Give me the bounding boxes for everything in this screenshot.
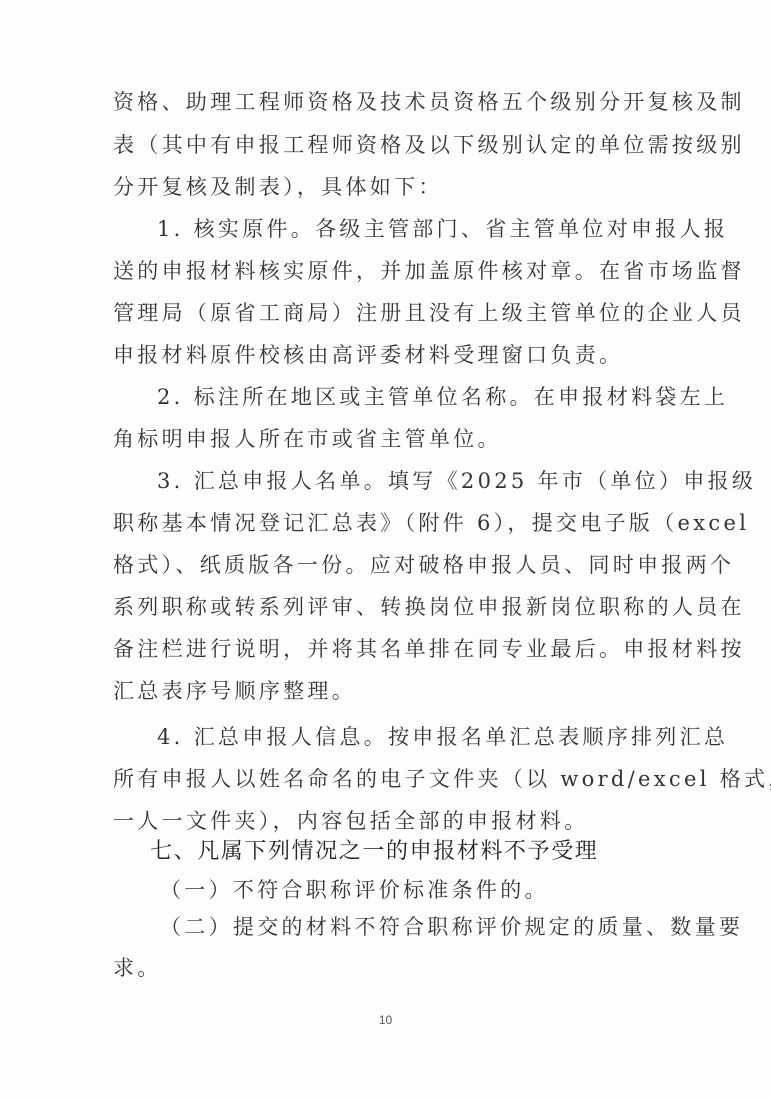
paragraph-line: 分开复核及制表），具体如下： (113, 173, 661, 201)
paragraph-line: 一人一文件夹），内容包括全部的申报材料。 (113, 807, 661, 835)
list-item-4-line: 4. 汇总申报人信息。按申报名单汇总表顺序排列汇总 (157, 723, 705, 751)
paragraph-line: 资格、助理工程师资格及技术员资格五个级别分开复核及制 (113, 88, 661, 116)
section-item-2: （二）提交的材料不符合职称评价规定的质量、数量要 (160, 913, 708, 941)
paragraph-line: 备注栏进行说明，并将其名单排在同专业最后。申报材料按 (113, 635, 661, 663)
paragraph-line: 送的申报材料核实原件，并加盖原件核对章。在省市场监督 (113, 257, 661, 285)
paragraph-line: 所有申报人以姓名命名的电子文件夹（以 word/excel 格式， (113, 765, 661, 793)
page-number: 10 (0, 1013, 771, 1027)
list-item-3-line: 3. 汇总申报人名单。填写《2025 年市（单位）申报级 (157, 467, 705, 495)
paragraph-line: 管理局（原省工商局）注册且没有上级主管单位的企业人员 (113, 299, 661, 327)
paragraph-line: 系列职称或转系列评审、转换岗位申报新岗位职称的人员在 (113, 593, 661, 621)
paragraph-line: 格式）、纸质版各一份。应对破格申报人员、同时申报两个 (113, 551, 661, 579)
paragraph-line: 角标明申报人所在市或省主管单位。 (113, 425, 661, 453)
paragraph-line: 申报材料原件校核由高评委材料受理窗口负责。 (113, 341, 661, 369)
section-heading: 七、凡属下列情况之一的申报材料不予受理 (150, 838, 698, 866)
paragraph-line: 表（其中有申报工程师资格及以下级别认定的单位需按级别 (113, 131, 661, 159)
section-item-2-continuation: 求。 (113, 954, 661, 982)
list-item-1-line: 1. 核实原件。各级主管部门、省主管单位对申报人报 (157, 215, 705, 243)
section-item-1: （一）不符合职称评价标准条件的。 (160, 876, 708, 904)
paragraph-line: 汇总表序号顺序整理。 (113, 677, 661, 705)
list-item-2-line: 2. 标注所在地区或主管单位名称。在申报材料袋左上 (157, 383, 705, 411)
document-page: 资格、助理工程师资格及技术员资格五个级别分开复核及制 表（其中有申报工程师资格及… (0, 0, 771, 1099)
paragraph-line: 职称基本情况登记汇总表》（附件 6），提交电子版（excel (113, 509, 661, 537)
